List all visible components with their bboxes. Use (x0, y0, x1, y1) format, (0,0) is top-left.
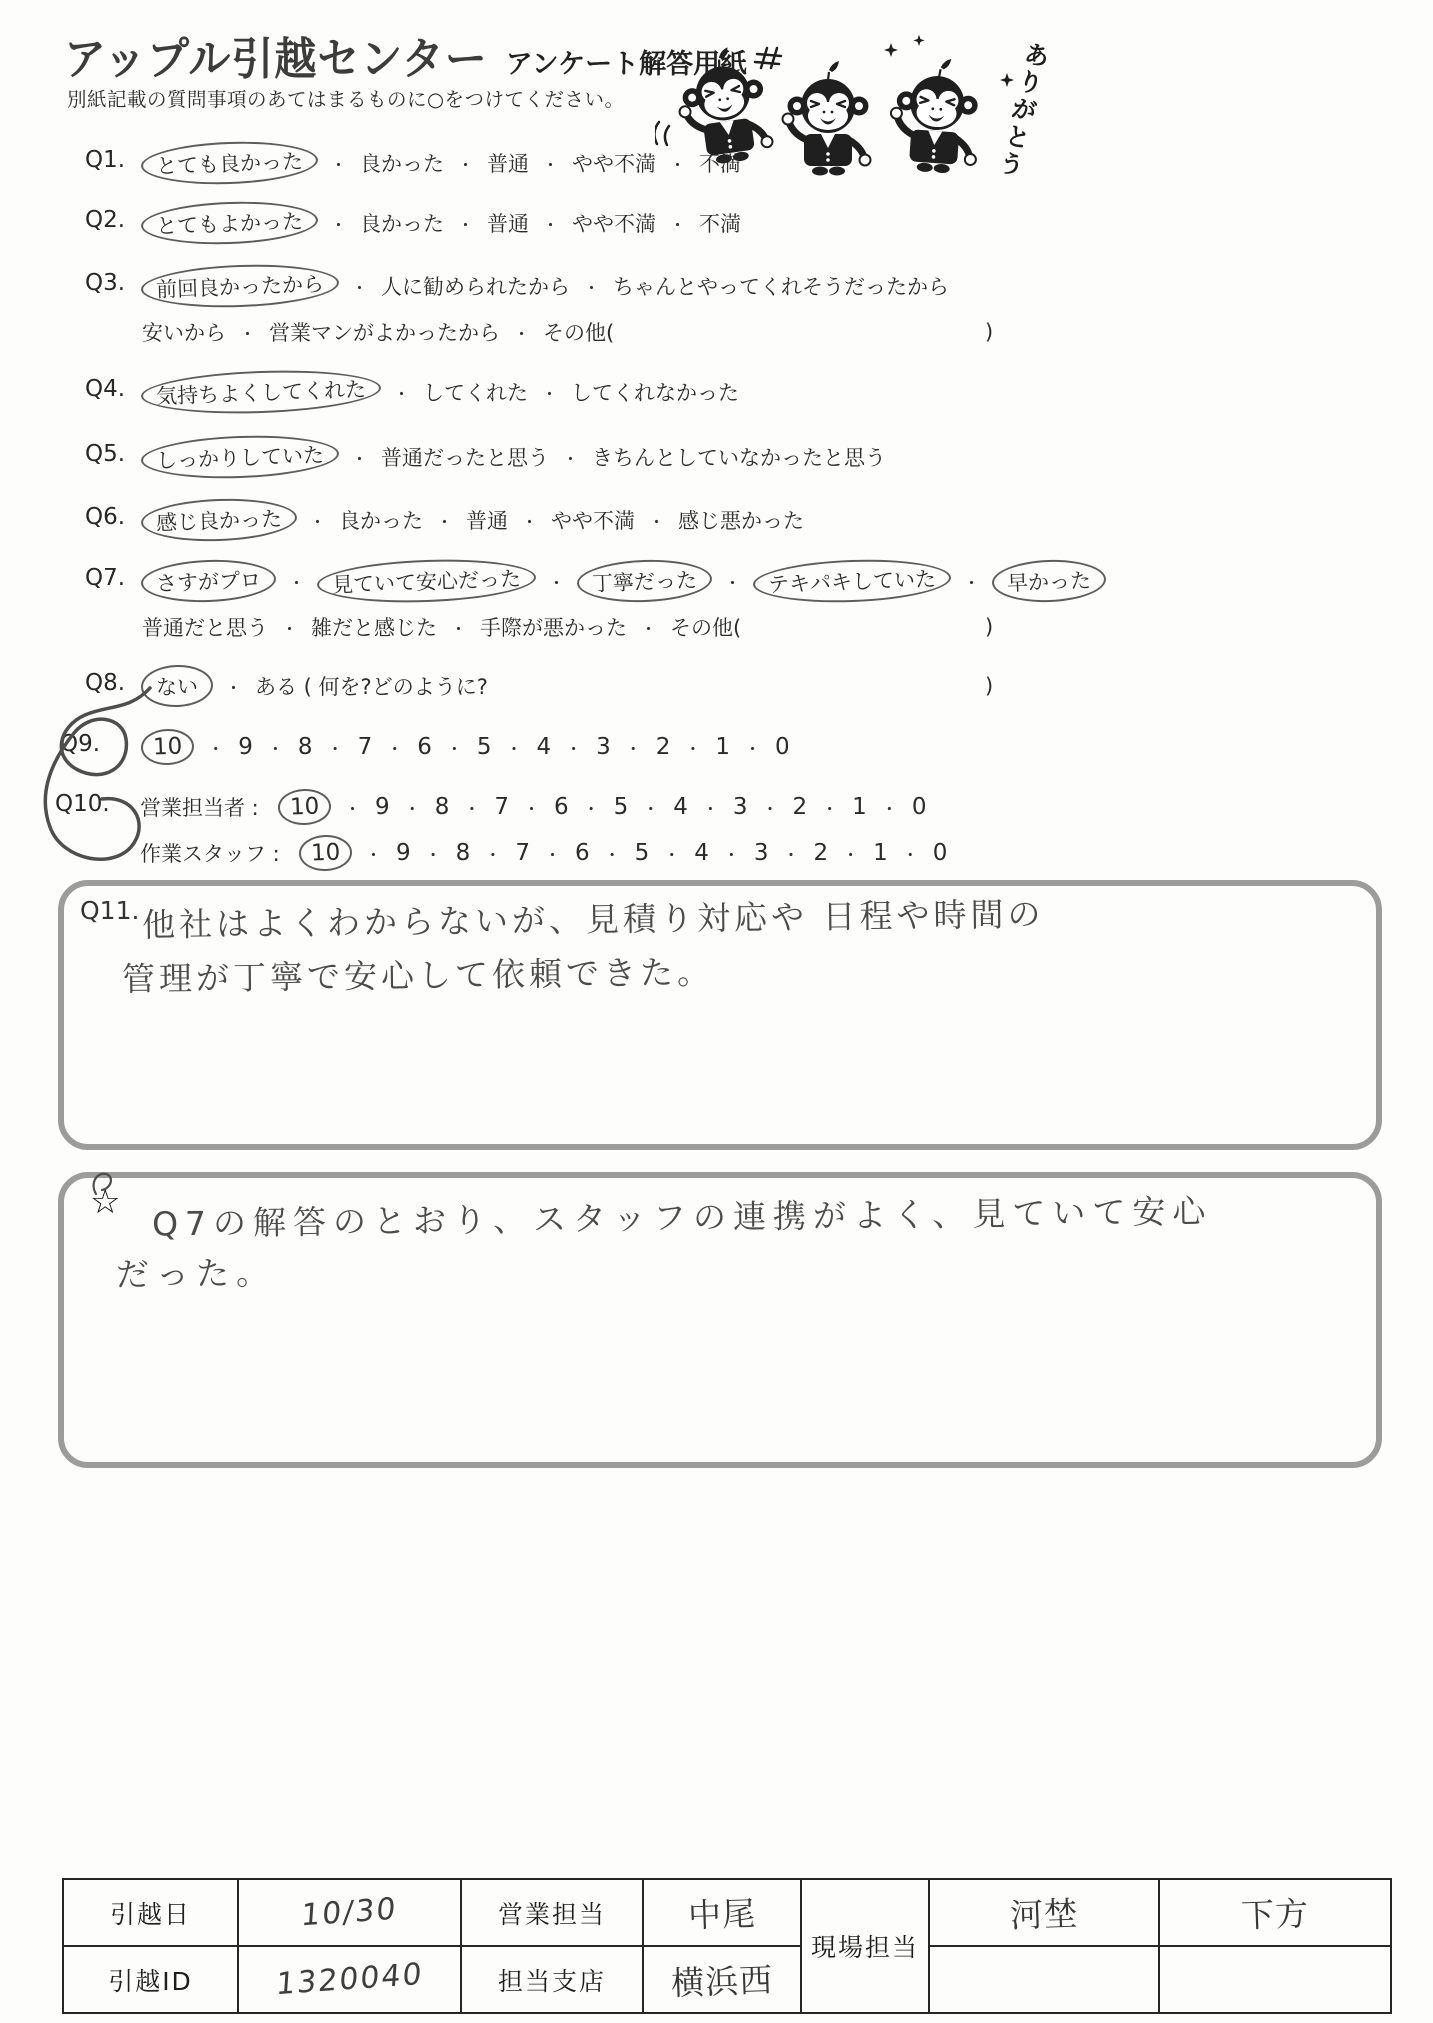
option-separator: ・ (344, 795, 361, 820)
answer-option: 2 (654, 733, 673, 761)
answer-line: 安いから・営業マンがよかったから・その他() (140, 312, 616, 352)
answer-line: とてもよかった・良かった・普通・やや不満・不満 (140, 203, 743, 243)
option-separator: ・ (309, 508, 326, 533)
option-separator: ・ (330, 151, 347, 176)
answer-option: 3 (752, 839, 771, 867)
answer-option: 1 (850, 793, 869, 821)
answer-option: 良かった (358, 147, 446, 179)
answer-option-circled: とても良かった (140, 139, 318, 187)
move-id-label: 引越ID (63, 1946, 238, 2013)
answer-line: 10・9・8・7・6・5・4・3・2・1・0 (140, 727, 792, 767)
answer-line: しっかりしていた・普通だったと思う・きちんとしていなかったと思う (140, 437, 888, 477)
answer-option: 人に勧められたから (379, 270, 572, 302)
branch-value: 横浜西 (643, 1946, 801, 2013)
answer-option: 6 (552, 793, 571, 821)
option-separator: ・ (542, 211, 559, 236)
answer-option: その他( (541, 316, 616, 348)
option-separator: ・ (724, 569, 741, 594)
handwritten-comment-line: 管理が丁寧で安心して依頼できた。 (122, 946, 715, 1000)
footer-info-table: 引越日 10/30 営業担当 中尾 現場担当 河埜 下方 引越ID 132004… (62, 1878, 1392, 2014)
option-separator: ・ (425, 841, 442, 866)
answer-option: 5 (475, 733, 494, 761)
answer-option: 4 (692, 839, 711, 867)
answer-option: 4 (671, 793, 690, 821)
answer-option: 0 (910, 793, 929, 821)
answer-option: 1 (871, 839, 890, 867)
answer-line: 気持ちよくしてくれた・してくれた・してくれなかった (140, 372, 741, 412)
option-separator: ・ (281, 615, 298, 640)
option-separator: ・ (583, 795, 600, 820)
answer-option-circled: 丁寧だった (576, 558, 712, 605)
option-separator: ・ (723, 841, 740, 866)
answer-option: 普通 (485, 207, 531, 239)
closing-paren: ) (985, 674, 993, 698)
answer-option-circled: 感じ良かった (140, 496, 297, 543)
answer-option: ある ( 何を?どのように? (253, 670, 490, 702)
option-separator: ・ (267, 735, 284, 760)
answer-option-circled: 前回良かったから (140, 262, 339, 311)
site-staff-value-2: 下方 (1159, 1879, 1391, 1946)
option-separator: ・ (484, 841, 501, 866)
option-separator: ・ (351, 445, 368, 470)
answer-option: 不満 (697, 207, 743, 239)
option-separator: ・ (604, 841, 621, 866)
comment-box-starred: ☆ Q7の解答のとおり、スタッフの連携がよく、見ていて安心 だった。 (58, 1172, 1382, 1468)
answer-option: その他( (668, 611, 743, 643)
answer-option-circled: さすがプロ (140, 558, 276, 605)
option-separator: ・ (881, 795, 898, 820)
answer-option-circled: しっかりしていた (140, 433, 339, 482)
option-separator: ・ (386, 735, 403, 760)
option-separator: ・ (207, 735, 224, 760)
option-separator: ・ (562, 445, 579, 470)
option-separator: ・ (505, 735, 522, 760)
option-separator: ・ (565, 735, 582, 760)
answer-option: 普通 (464, 504, 510, 536)
handwritten-comment-line: Q7の解答のとおり、スタッフの連携がよく、見ていて安心 (152, 1186, 1213, 1246)
answer-line: さすがプロ・見ていて安心だった・丁寧だった・テキパキしていた・早かった (140, 561, 1107, 601)
option-separator: ・ (648, 508, 665, 533)
option-separator: ・ (523, 795, 540, 820)
option-separator: ・ (288, 569, 305, 594)
answer-option: してくれた (421, 376, 530, 408)
answer-option-circled: テキパキしていた (752, 557, 951, 606)
answer-option: やや不満 (570, 147, 658, 179)
handwritten-comment-line: だった。 (116, 1247, 277, 1296)
answer-option: ちゃんとやってくれそうだったから (611, 270, 951, 302)
answer-option: 感じ悪かった (676, 504, 806, 536)
option-separator: ・ (548, 569, 565, 594)
option-separator: ・ (327, 735, 344, 760)
sales-staff-value: 中尾 (643, 1879, 801, 1946)
answer-option: 9 (236, 733, 255, 761)
answer-option: してくれなかった (569, 376, 741, 408)
answer-option: 8 (454, 839, 473, 867)
option-separator: ・ (365, 841, 382, 866)
survey-sheet-scan: アップル引越センター アンケート解答用紙 別紙記載の質問事項のあてはまるものに○… (0, 0, 1433, 2023)
question-number: Q2. (85, 207, 125, 233)
answer-option-circled: 10 (298, 834, 353, 872)
option-separator: ・ (521, 508, 538, 533)
comment-box-q11: Q11. 他社はよくわからないが、見積り対応や 日程や時間の 管理が丁寧で安心し… (58, 880, 1382, 1150)
answer-option-circled: 早かった (991, 558, 1106, 604)
answer-line: とても良かった・良かった・普通・やや不満・不満 (140, 143, 743, 183)
closing-paren: ) (985, 320, 993, 344)
answer-option: 5 (633, 839, 652, 867)
answer-option: 8 (296, 733, 315, 761)
option-separator: ・ (239, 320, 256, 345)
answer-option: 9 (373, 793, 392, 821)
answer-option: 手際が悪かった (478, 611, 629, 643)
answer-option-circled: 見ていて安心だった (316, 556, 536, 606)
answer-option: 7 (513, 839, 532, 867)
answer-option: 5 (612, 793, 631, 821)
answer-option-circled: 10 (277, 788, 332, 826)
question-number: Q11. (80, 896, 139, 925)
answer-line: 普通だと思う・雑だと感じた・手際が悪かった・その他() (140, 607, 743, 647)
option-separator: ・ (404, 795, 421, 820)
answer-option: 3 (594, 733, 613, 761)
answer-option-circled: 気持ちよくしてくれた (140, 367, 381, 417)
pen-mark-icon (88, 1170, 118, 1196)
answer-option: 雑だと感じた (309, 611, 439, 643)
option-separator: ・ (351, 274, 368, 299)
sales-staff-label: 営業担当 (461, 1879, 643, 1946)
option-separator: ・ (684, 735, 701, 760)
move-id-value: 1320040 (238, 1946, 461, 2013)
answer-option: きちんとしていなかったと思う (590, 441, 888, 473)
answer-option: 7 (356, 733, 375, 761)
option-separator: ・ (541, 380, 558, 405)
answer-line: 営業担当者 :10・9・8・7・6・5・4・3・2・1・0 (140, 787, 928, 827)
question-number: Q4. (85, 376, 125, 402)
option-separator: ・ (669, 211, 686, 236)
site-staff-empty-cell-2 (1159, 1946, 1391, 2013)
move-date-label: 引越日 (63, 1879, 238, 1946)
answer-option: やや不満 (549, 504, 637, 536)
answer-option: 6 (573, 839, 592, 867)
answer-option: 営業マンがよかったから (267, 316, 502, 348)
option-separator: ・ (963, 569, 980, 594)
option-separator: ・ (542, 151, 559, 176)
answer-option: 0 (773, 733, 792, 761)
option-separator: ・ (544, 841, 561, 866)
question-number: Q1. (85, 147, 125, 173)
question-number: Q3. (85, 270, 125, 296)
option-separator: ・ (450, 615, 467, 640)
option-separator: ・ (663, 841, 680, 866)
answer-option: 良かった (358, 207, 446, 239)
option-separator: ・ (821, 795, 838, 820)
site-staff-value-1: 河埜 (929, 1879, 1159, 1946)
option-separator: ・ (842, 841, 859, 866)
answer-line: 前回良かったから・人に勧められたから・ちゃんとやってくれそうだったから (140, 266, 951, 306)
question-number: Q5. (85, 441, 125, 467)
answer-option: 9 (394, 839, 413, 867)
handwritten-scribble (30, 675, 200, 890)
option-separator: ・ (463, 795, 480, 820)
answer-option: 0 (931, 839, 950, 867)
answer-option: 普通 (485, 147, 531, 179)
option-separator: ・ (902, 841, 919, 866)
option-separator: ・ (583, 274, 600, 299)
answer-line: 作業スタッフ :10・9・8・7・6・5・4・3・2・1・0 (140, 833, 949, 873)
question-number: Q6. (85, 504, 125, 530)
answer-option: 普通だったと思う (379, 441, 551, 473)
answer-option: 不満 (697, 147, 743, 179)
option-separator: ・ (513, 320, 530, 345)
answer-line: 感じ良かった・良かった・普通・やや不満・感じ悪かった (140, 500, 806, 540)
option-separator: ・ (393, 380, 410, 405)
option-separator: ・ (625, 735, 642, 760)
option-separator: ・ (669, 151, 686, 176)
option-separator: ・ (744, 735, 761, 760)
answer-option: 7 (492, 793, 511, 821)
option-separator: ・ (457, 211, 474, 236)
site-staff-empty-cell-1 (929, 1946, 1159, 2013)
answer-option: 良かった (337, 504, 425, 536)
answer-option: 2 (791, 793, 810, 821)
answer-option-circled: とてもよかった (140, 199, 318, 247)
option-separator: ・ (436, 508, 453, 533)
answer-option: 2 (812, 839, 831, 867)
question-number: Q7. (85, 565, 125, 591)
answer-option: やや不満 (570, 207, 658, 239)
answer-option: 4 (534, 733, 553, 761)
answer-option: 1 (713, 733, 732, 761)
closing-paren: ) (985, 615, 993, 639)
answer-option: 6 (415, 733, 434, 761)
move-date-value: 10/30 (238, 1879, 461, 1946)
option-separator: ・ (330, 211, 347, 236)
answer-option: 安いから (140, 316, 228, 348)
answer-option: 3 (731, 793, 750, 821)
option-separator: ・ (640, 615, 657, 640)
option-separator: ・ (446, 735, 463, 760)
option-separator: ・ (225, 674, 242, 699)
answer-option: 普通だと思う (140, 611, 270, 643)
option-separator: ・ (702, 795, 719, 820)
answer-option: 8 (433, 793, 452, 821)
option-separator: ・ (642, 795, 659, 820)
option-separator: ・ (457, 151, 474, 176)
handwritten-comment-line: 他社はよくわからないが、見積り対応や 日程や時間の (142, 888, 1045, 946)
branch-label: 担当支店 (461, 1946, 643, 2013)
option-separator: ・ (762, 795, 779, 820)
option-separator: ・ (783, 841, 800, 866)
site-staff-label: 現場担当 (801, 1879, 929, 2013)
